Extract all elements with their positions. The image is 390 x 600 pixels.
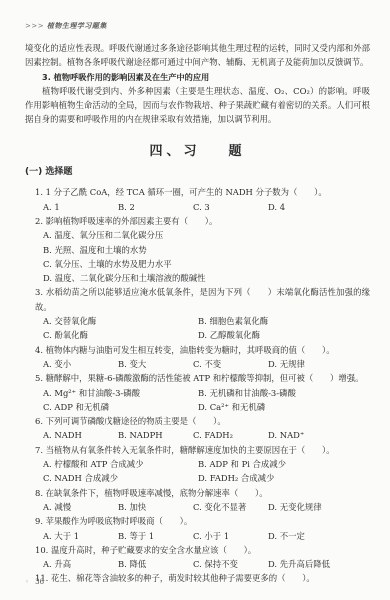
question-item: 1. 1 分子乙酰 CoA，经 TCA 循环一圈，可产生的 NADH 分子数为（…	[25, 185, 370, 214]
answer-option: C. ADP 和无机磷	[43, 400, 198, 414]
question-item: 11. 花生、棉花等含油较多的种子，萌发时较其他种子需要更多的（ ）。	[25, 571, 370, 585]
answer-option: A. 1	[43, 200, 118, 214]
answer-option: B. 无机磷和甘油酸-3-磷酸	[198, 386, 353, 400]
answer-option: D. 温度、二氧化碳分压和土壤溶液的酸碱性	[25, 271, 370, 285]
answer-option: C. NADH 合成减少	[43, 471, 198, 485]
question-text: 3. 水稻幼苗之所以能够适应淹水低氧条件，是因为下列（ ）末端氧化酶活性加强的缘…	[25, 285, 370, 314]
answer-option: D. 不一定	[268, 529, 343, 543]
answer-option: C. FADH₂	[193, 428, 268, 442]
answer-option: C. 酚氧化酶	[43, 328, 198, 342]
answer-option: D. 无规律	[268, 357, 343, 371]
question-text: 8. 在缺氧条件下，植物呼吸速率减慢，底物分解速率（ ）。	[25, 486, 370, 500]
answer-option: B. ADP 和 Pi 合成减少	[198, 457, 353, 471]
answer-option: C. 变化不显著	[193, 500, 268, 514]
intro-paragraph-1: 境变化的适应性表现。呼吸代谢通过多条途径影响其他生理过程的运转，同时又受内部和外…	[25, 41, 370, 70]
page-content: 境变化的适应性表现。呼吸代谢通过多条途径影响其他生理过程的运转，同时又受内部和外…	[25, 41, 370, 586]
question-item: 9. 苹果酸作为呼吸底物时呼吸商（ ）。A. 大于 1B. 等于 1C. 小于 …	[25, 514, 370, 543]
subheading: 3. 植物呼吸作用的影响因素及在生产中的应用	[25, 70, 370, 84]
answer-option: D. NAD⁺	[268, 428, 343, 442]
question-item: 5. 糖酵解中，果糖-6-磷酸激酶的活性能被 ATP 和柠檬酸等抑制，但可被（ …	[25, 371, 370, 414]
question-item: 10. 温度升高时，种子贮藏要求的安全含水量应该（ ）。A. 升高B. 降低C.…	[25, 543, 370, 572]
answer-option: C. 小于 1	[193, 529, 268, 543]
answer-option: C. 不变	[193, 357, 268, 371]
answer-option: A. Mg²⁺ 和甘油酸-3-磷酸	[43, 386, 198, 400]
answer-option: B. 变大	[118, 357, 193, 371]
answer-option: D. 无变化规律	[268, 500, 343, 514]
question-item: 4. 植物体内糖与油脂可发生相互转变，油脂转变为糖时，其呼吸商的值（ ）。A. …	[25, 343, 370, 372]
answer-option: A. 柠檬酸和 ATP 合成减少	[43, 457, 198, 471]
question-text: 2. 影响植物呼吸速率的外部因素主要有（ ）。	[25, 214, 370, 228]
answer-option: C. 氧分压、土壤的水势及肥力水平	[25, 257, 370, 271]
question-text: 9. 苹果酸作为呼吸底物时呼吸商（ ）。	[25, 514, 370, 528]
question-item: 6. 下列可调节磷酸戊糖途径的物质主要是（ ）。A. NADHB. NADPHC…	[25, 414, 370, 443]
answer-option: B. 光照、温度和土壤的水势	[25, 243, 370, 257]
answer-option: B. 加快	[118, 500, 193, 514]
intro-paragraph-2: 植物呼吸代谢受到内、外多种因素（主要是生理状态、温度、O₂、CO₂）的影响。呼吸…	[25, 84, 370, 127]
question-item: 2. 影响植物呼吸速率的外部因素主要有（ ）。A. 温度、氧分压和二氧化碳分压B…	[25, 214, 370, 285]
question-text: 11. 花生、棉花等含油较多的种子，萌发时较其他种子需要更多的（ ）。	[25, 571, 370, 585]
answer-option: D. 乙醇酸氧化酶	[198, 328, 353, 342]
answer-option: A. 大于 1	[43, 529, 118, 543]
answer-option: A. 交替氧化酶	[43, 314, 198, 328]
answer-option: D. 4	[268, 200, 343, 214]
question-text: 4. 植物体内糖与油脂可发生相互转变，油脂转变为糖时，其呼吸商的值（ ）。	[25, 343, 370, 357]
answer-option: D. 先升高后降低	[268, 557, 343, 571]
answer-option: D. FADH₂ 合成减少	[198, 471, 353, 485]
running-header: >>> 植物生理学习题集	[25, 21, 107, 31]
answer-option: A. 温度、氧分压和二氧化碳分压	[25, 228, 370, 242]
answer-option: B. 降低	[118, 557, 193, 571]
question-text: 6. 下列可调节磷酸戊糖途径的物质主要是（ ）。	[25, 414, 370, 428]
answer-option: B. NADPH	[118, 428, 193, 442]
subsection-title: (一) 选择题	[25, 165, 370, 179]
header-prefix: >>>	[25, 22, 44, 30]
question-item: 7. 当植物从有氧条件转入无氧条件时，糖酵解速度加快的主要原因在于（ ）。A. …	[25, 443, 370, 486]
answer-option: A. 变小	[43, 357, 118, 371]
question-text: 10. 温度升高时，种子贮藏要求的安全含水量应该（ ）。	[25, 543, 370, 557]
answer-option: B. 细胞色素氧化酶	[198, 314, 353, 328]
answer-option: A. 升高	[43, 557, 118, 571]
answer-option: C. 3	[193, 200, 268, 214]
page-number: ◦36	[25, 578, 44, 586]
section-title: 四、习题	[25, 145, 370, 159]
book-title: 植物生理学习题集	[47, 22, 107, 30]
question-item: 8. 在缺氧条件下，植物呼吸速率减慢，底物分解速率（ ）。A. 减慢B. 加快C…	[25, 486, 370, 515]
question-item: 3. 水稻幼苗之所以能够适应淹水低氧条件，是因为下列（ ）末端氧化酶活性加强的缘…	[25, 285, 370, 342]
question-text: 7. 当植物从有氧条件转入无氧条件时，糖酵解速度加快的主要原因在于（ ）。	[25, 443, 370, 457]
answer-option: B. 等于 1	[118, 529, 193, 543]
answer-option: A. NADH	[43, 428, 118, 442]
question-list: 1. 1 分子乙酰 CoA，经 TCA 循环一圈，可产生的 NADH 分子数为（…	[25, 185, 370, 585]
answer-option: A. 减慢	[43, 500, 118, 514]
answer-option: C. 保持不变	[193, 557, 268, 571]
answer-option: B. 2	[118, 200, 193, 214]
question-text: 1. 1 分子乙酰 CoA，经 TCA 循环一圈，可产生的 NADH 分子数为（…	[25, 185, 370, 199]
answer-option: D. Ca²⁺ 和无机磷	[198, 400, 353, 414]
question-text: 5. 糖酵解中，果糖-6-磷酸激酶的活性能被 ATP 和柠檬酸等抑制，但可被（ …	[25, 371, 370, 385]
